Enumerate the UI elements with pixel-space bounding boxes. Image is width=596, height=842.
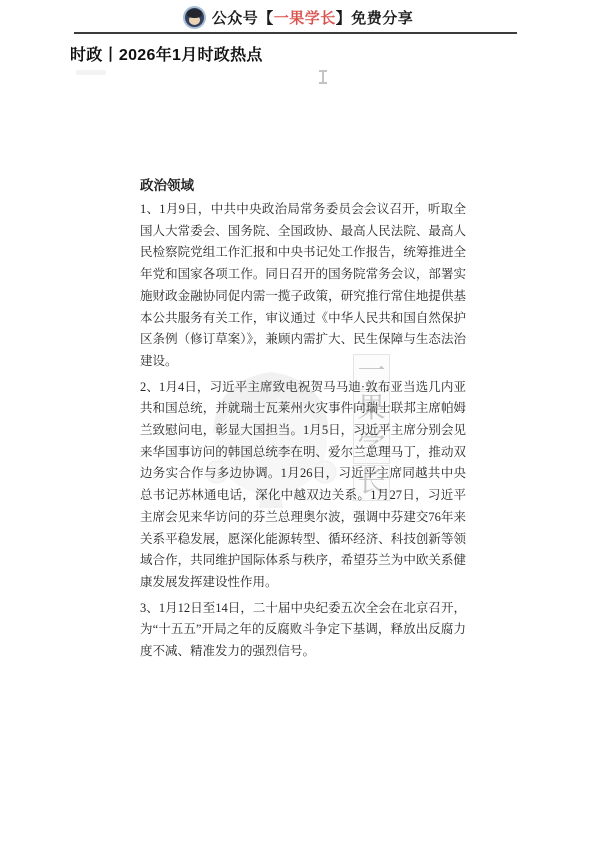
paragraph-3: 3、1月12日至14日，二十届中央纪委五次全会在北京召开，为“十五五”开局之年的… <box>140 598 466 663</box>
page-header: 公众号【一果学长】免费分享 <box>0 6 596 29</box>
paragraph-1: 1、1月9日，中共中央政治局常务委员会会议召开，听取全国人大常委会、国务院、全国… <box>140 199 466 373</box>
page-title: 时政丨2026年1月时政热点 <box>70 42 263 65</box>
header-text-prefix: 公众号【 <box>212 10 274 27</box>
text-ibeam-cursor <box>318 70 328 84</box>
document-page: 公众号【一果学长】免费分享 时政丨2026年1月时政热点 一 果 学 长 <box>0 0 596 842</box>
title-smudge-mark <box>76 70 106 75</box>
header-divider <box>74 32 517 34</box>
header-text-suffix: 】免费分享 <box>336 10 414 27</box>
header-text-highlight: 一果学长 <box>274 10 336 27</box>
avatar-hair-shape <box>187 9 202 18</box>
article-body: 政治领域 1、1月9日，中共中央政治局常务委员会会议召开，听取全国人大常委会、国… <box>140 176 466 667</box>
cursor-cap <box>319 82 327 84</box>
account-avatar-icon <box>183 6 206 29</box>
header-brand-text: 公众号【一果学长】免费分享 <box>212 7 414 28</box>
section-heading: 政治领域 <box>140 176 466 196</box>
paragraph-2: 2、1月4日，习近平主席致电祝贺马马迪·敦布亚当选几内亚共和国总统，并就瑞士瓦莱… <box>140 377 466 594</box>
